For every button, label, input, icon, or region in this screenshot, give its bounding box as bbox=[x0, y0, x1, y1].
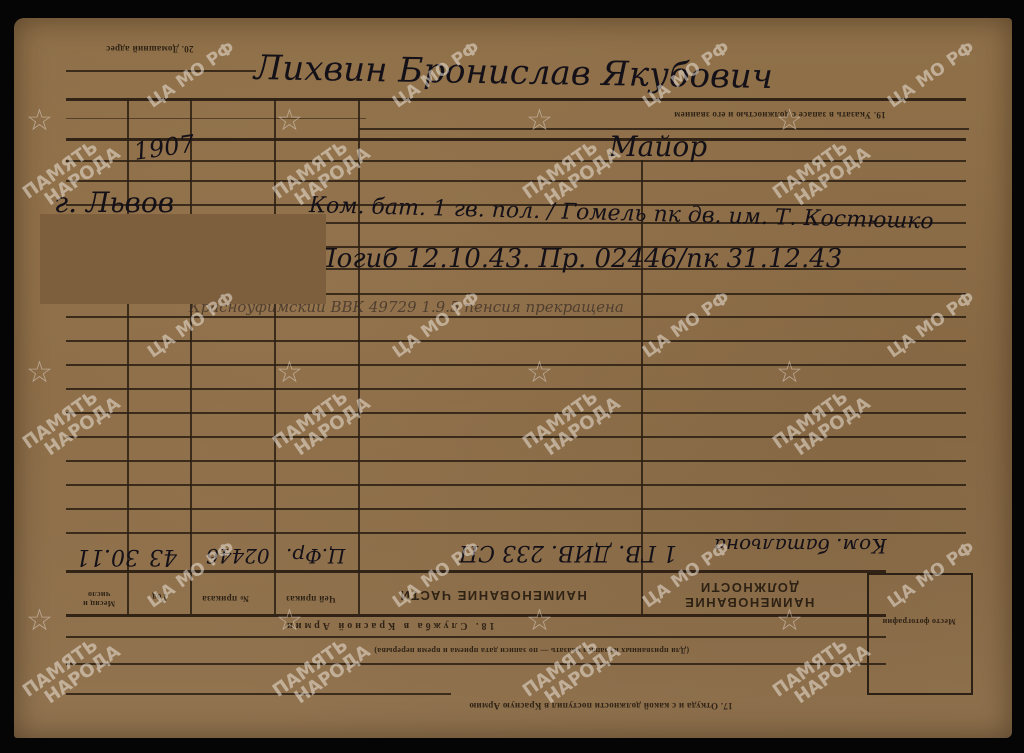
column-header-order-by: Чей приказ bbox=[286, 594, 336, 604]
rule-line bbox=[66, 460, 966, 462]
column-divider bbox=[127, 98, 129, 614]
redacted-area bbox=[40, 214, 326, 304]
column-divider bbox=[190, 98, 192, 614]
watermark-project: ПАМЯТЬ НАРОДА bbox=[520, 380, 624, 468]
watermark-project: ПАМЯТЬ НАРОДА bbox=[770, 628, 874, 716]
rule-line bbox=[66, 663, 886, 665]
column-header-unit-name: НАИМЕНОВАНИЕ ЧАСТИ bbox=[399, 588, 587, 603]
watermark-archive: ЦА МО РФ bbox=[639, 288, 734, 363]
watermark-project: ПАМЯТЬ НАРОДА bbox=[270, 628, 374, 716]
watermark-line-2: НАРОДА bbox=[42, 395, 124, 460]
watermark-star-icon: ☆ bbox=[276, 358, 303, 388]
label-reserve-rank: 19. Указать в запасе с должностью и его … bbox=[674, 110, 886, 120]
handwritten-entry-year: 43 bbox=[149, 544, 177, 569]
watermark-star-icon: ☆ bbox=[26, 358, 53, 388]
column-divider bbox=[358, 98, 360, 614]
watermark-star-icon: ☆ bbox=[776, 606, 803, 636]
rule-line bbox=[66, 70, 256, 72]
watermark-project: ПАМЯТЬ НАРОДА bbox=[20, 380, 124, 468]
watermark-project: ПАМЯТЬ НАРОДА bbox=[20, 628, 124, 716]
column-header-position-name: НАИМЕНОВАНИЕ ДОЛЖНОСТИ bbox=[674, 580, 824, 610]
handwritten-service-line-1: Ком. бат. 1 гв. пол. / Гомель пк дв. им.… bbox=[309, 193, 934, 234]
watermark-archive: ЦА МО РФ bbox=[884, 38, 979, 113]
handwritten-entry-date: 30.11 bbox=[76, 544, 139, 569]
rule-line bbox=[66, 693, 451, 695]
rule-line bbox=[66, 508, 966, 510]
handwritten-entry-order-by: Ц.Фр. bbox=[286, 544, 346, 568]
rule-line bbox=[66, 388, 966, 390]
watermark-star-icon: ☆ bbox=[26, 106, 53, 136]
rule-line bbox=[66, 570, 886, 573]
watermark-line-2: НАРОДА bbox=[792, 395, 874, 460]
column-divider bbox=[274, 98, 276, 614]
rule-line bbox=[66, 614, 886, 617]
rule-line bbox=[66, 138, 966, 141]
watermark-project: ПАМЯТЬ НАРОДА bbox=[770, 380, 874, 468]
handwritten-entry-order-no: 02446 bbox=[206, 544, 270, 568]
watermark-star-icon: ☆ bbox=[276, 106, 303, 136]
watermark-line-1: ПАМЯТЬ bbox=[770, 380, 863, 453]
watermark-star-icon: ☆ bbox=[526, 358, 553, 388]
watermark-star-icon: ☆ bbox=[26, 606, 53, 636]
watermark-line-2: НАРОДА bbox=[42, 643, 124, 708]
watermark-line-1: ПАМЯТЬ bbox=[270, 380, 363, 453]
watermark-star-icon: ☆ bbox=[526, 106, 553, 136]
watermark-line-2: НАРОДА bbox=[542, 395, 624, 460]
photo-placeholder-box: Место фотографии bbox=[867, 573, 973, 695]
watermark-line-1: ПАМЯТЬ bbox=[20, 380, 113, 453]
rule-line bbox=[66, 98, 966, 101]
rule-line bbox=[66, 340, 966, 342]
rule-line bbox=[66, 436, 966, 438]
rule-line bbox=[66, 118, 366, 119]
watermark-star-icon: ☆ bbox=[526, 606, 553, 636]
watermark-line-1: ПАМЯТЬ bbox=[520, 380, 613, 453]
rule-line bbox=[66, 412, 966, 414]
column-header-month-day: Месяц и число bbox=[74, 590, 124, 608]
watermark-line-2: НАРОДА bbox=[292, 643, 374, 708]
rule-line bbox=[66, 160, 966, 162]
rule-line bbox=[66, 484, 966, 486]
watermark-archive: ЦА МО РФ bbox=[884, 288, 979, 363]
handwritten-service-line-2: Погиб 12.10.43. Пр. 02446/пк 31.12.43 bbox=[314, 244, 842, 274]
rule-line bbox=[66, 364, 966, 366]
rule-line bbox=[66, 636, 886, 638]
photo-place-label: Место фотографии bbox=[879, 617, 959, 626]
label-red-army-service: 18. Служба в Красной Армии bbox=[284, 620, 494, 631]
handwritten-full-name: Лихвин Бронислав Якубович bbox=[254, 48, 774, 97]
watermark-line-1: ПАМЯТЬ bbox=[770, 130, 863, 203]
watermark-line-1: ПАМЯТЬ bbox=[520, 130, 613, 203]
rule-line bbox=[66, 180, 966, 182]
watermark-line-2: НАРОДА bbox=[792, 145, 874, 210]
column-header-year: Год bbox=[152, 592, 167, 602]
handwritten-entry-unit: 1 ГВ. ДИВ. 233 СП bbox=[459, 540, 677, 565]
watermark-line-2: НАРОДА bbox=[292, 395, 374, 460]
record-card: 20. Домашний адрес 19. Указать в запасе … bbox=[14, 18, 1012, 738]
watermark-line-2: НАРОДА bbox=[792, 643, 874, 708]
rule-line bbox=[66, 316, 966, 318]
handwritten-rank: Майор bbox=[609, 130, 707, 163]
handwritten-entry-position: Ком. батальона bbox=[714, 534, 887, 558]
label-source-position: 17. Откуда и с какой должности поступил … bbox=[469, 701, 733, 711]
column-header-order-no: № приказа bbox=[202, 594, 249, 604]
watermark-star-icon: ☆ bbox=[776, 358, 803, 388]
label-home-address: 20. Домашний адрес bbox=[106, 44, 194, 54]
watermark-line-1: ПАМЯТЬ bbox=[270, 130, 363, 203]
label-reserve-note: (Для призванных из запаса указать — по з… bbox=[374, 646, 689, 655]
